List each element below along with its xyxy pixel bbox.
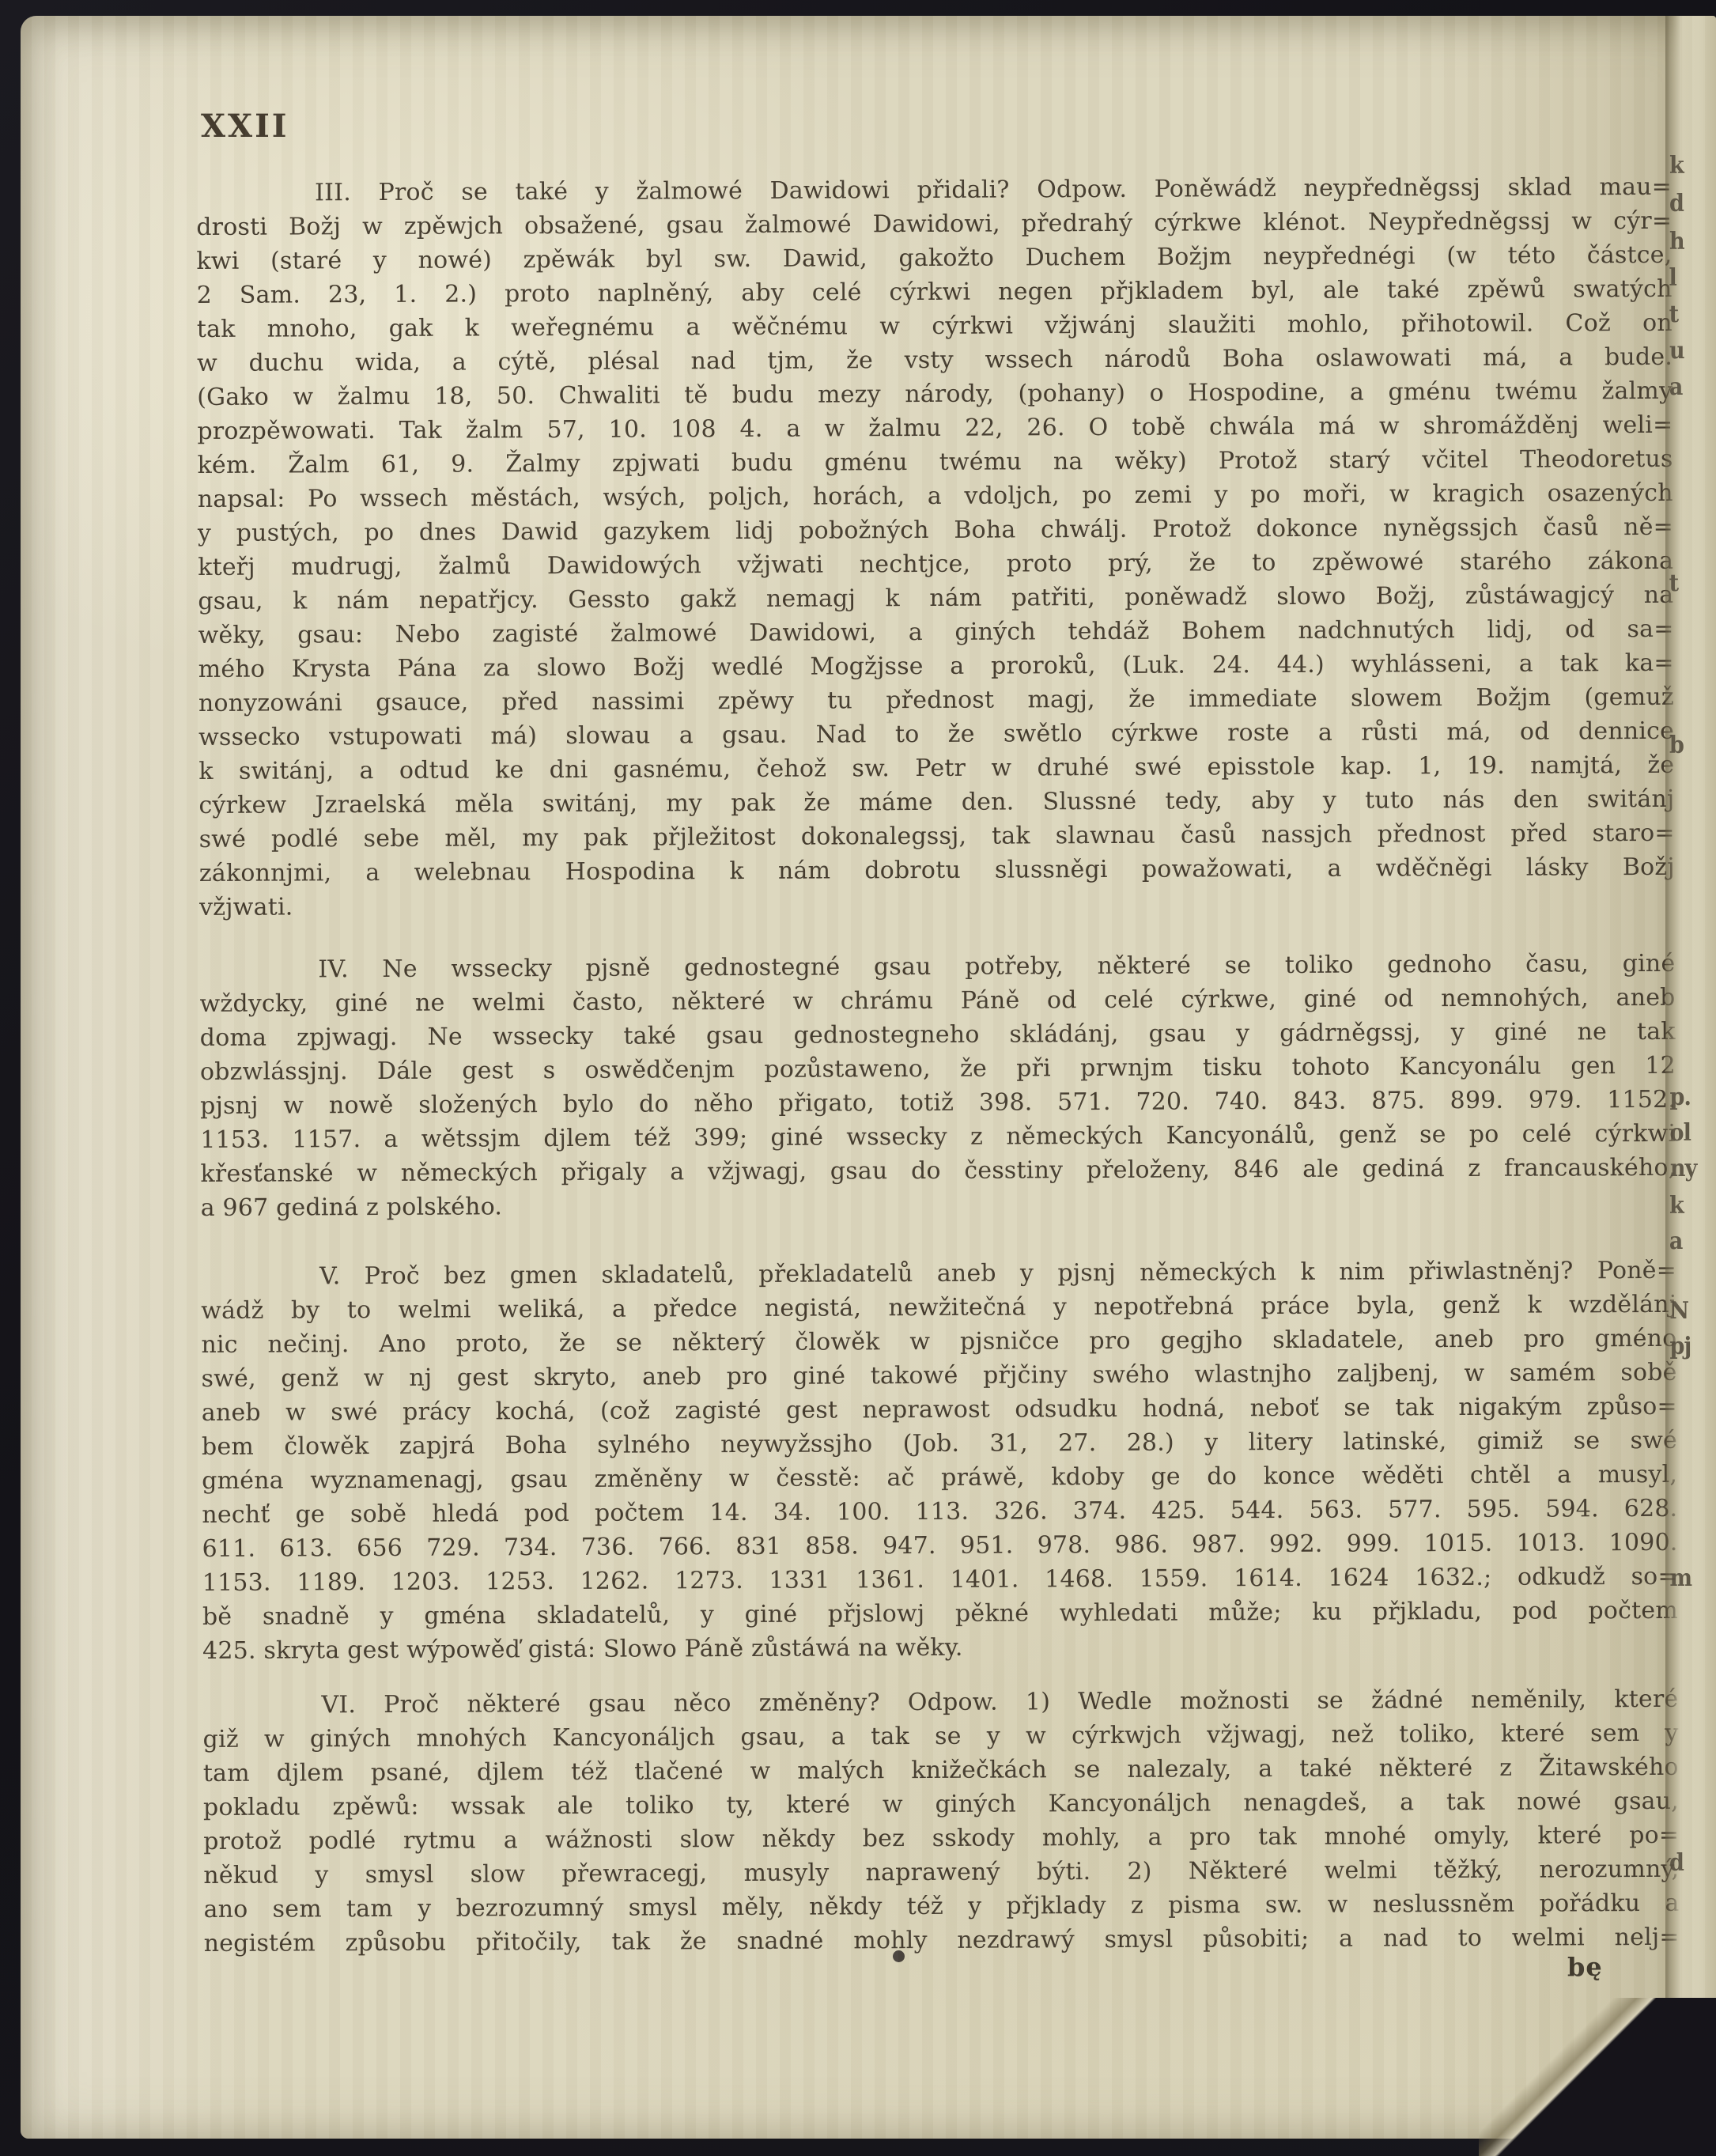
text-line: a 967 gediná z polského. (201, 1185, 1676, 1225)
bleed-letter-fragment: p. (1669, 1084, 1690, 1111)
bleed-letter-fragment: h (1669, 228, 1684, 255)
bleed-letter-fragment: ol (1669, 1119, 1690, 1147)
paragraph-v: V. Proč bez gmen skladatelů, překladatel… (201, 1254, 1678, 1668)
bleed-letter-fragment: t (1669, 301, 1679, 328)
bleed-letter-fragment: N (1669, 1297, 1688, 1325)
paragraph-vi: VI. Proč některé gsau něco změněny? Odpo… (202, 1682, 1679, 1961)
text-line: 425. skryta gest wýpowěď gistá: Slowo Pá… (202, 1628, 1678, 1668)
bleed-letter-fragment: l (1669, 264, 1676, 292)
bleed-letter-fragment: d (1669, 190, 1684, 217)
bleed-letter-fragment: ny (1670, 1155, 1697, 1182)
page-text-block: III. Proč se také y žalmowé Dawidowi při… (196, 170, 1680, 1961)
bleed-letter-fragment: k (1669, 1192, 1684, 1220)
text-line: křesťanské w německých přigaly a vžjwagj… (200, 1151, 1676, 1191)
bleed-letter-fragment: a (1669, 373, 1683, 401)
bleed-letter-fragment: a (1669, 1227, 1683, 1255)
book-page: XXII III. Proč se také y žalmowé Dawidow… (21, 16, 1716, 2139)
text-line: bě snadně y gména skladatelů, y giné přj… (202, 1594, 1678, 1634)
bleed-letter-fragment: d (1669, 1849, 1684, 1877)
facing-page-edge: kdhltuatbp.olnykaNpjmd (1665, 16, 1716, 2139)
text-line: zákonnjmi, a welebnau Hospodina k nám do… (199, 850, 1675, 891)
bleed-letter-fragment: t (1669, 569, 1679, 597)
text-line: negistém způsobu přitočily, tak že snadn… (204, 1920, 1680, 1961)
ink-dot (893, 1950, 905, 1962)
text-line: vžjwati. (199, 884, 1675, 925)
bleed-letter-fragment: pj (1669, 1333, 1691, 1360)
page-number: XXII (201, 108, 289, 145)
bleed-letter-fragment: b (1669, 732, 1684, 759)
bleed-letter-fragment: m (1670, 1564, 1692, 1592)
paragraph-iv: IV. Ne wssecky pjsně gednostegné gsau po… (199, 947, 1676, 1225)
bleed-letter-fragment: u (1669, 337, 1684, 365)
page-corner-curl-shadow (1479, 1998, 1716, 2156)
bleed-letter-fragment: k (1669, 152, 1684, 180)
paragraph-iii: III. Proč se také y žalmowé Dawidowi při… (196, 170, 1675, 925)
catchword: bę (1567, 1952, 1603, 1982)
